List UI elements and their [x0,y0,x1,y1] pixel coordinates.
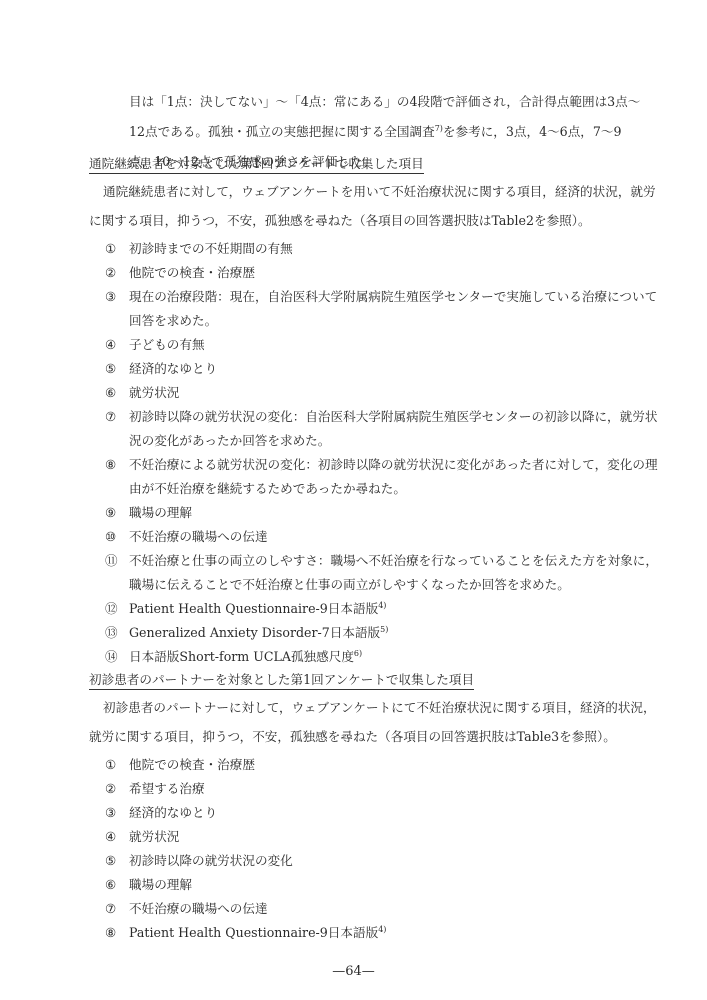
item-number: ⑩ [105,529,129,545]
page-number: —64— [0,964,707,979]
list-item: ⑥職場の理解 [105,877,192,893]
item-text: 不妊治療の職場への伝達 [129,901,268,917]
item-number: ⑫ [105,601,129,617]
list-item: ④就労状況 [105,829,179,845]
item-text: 初診時までの不妊期間の有無 [129,241,293,257]
list-item: ⑧Patient Health Questionnaire-9日本語版4) [105,925,386,941]
item-number: ② [105,265,129,281]
section1-para-line-2: に関する項目，抑うつ，不安，孤独感を尋ねた（各項目の回答選択肢はTable2を参… [89,213,591,229]
item-number: ⑤ [105,361,129,377]
list-item: ④子どもの有無 [105,337,205,353]
item-number: ⑥ [105,385,129,401]
item-continuation: 回答を求めた。 [129,313,217,329]
list-item: ⑤経済的なゆとり [105,361,217,377]
item-text: 日本語版Short-form UCLA孤独感尺度 [129,649,354,665]
intro-line-1: 目は「1点：決してない」～「4点：常にある」の4段階で評価され，合計得点範囲は3… [129,94,640,110]
item-number: ⑦ [105,409,129,425]
list-item: ③経済的なゆとり [105,805,217,821]
item-text: 子どもの有無 [129,337,205,353]
reference-superscript: 4) [378,925,386,934]
item-text: 不妊治療と仕事の両立のしやすさ：職場へ不妊治療を行なっていることを伝えた方を対象… [129,553,658,569]
item-number: ⑤ [105,853,129,869]
item-continuation: 由が不妊治療を継続するためであったか尋ねた。 [129,481,406,497]
item-text: 職場の理解 [129,877,192,893]
intro-line-2-text: 12点である。孤独・孤立の実態把握に関する全国調査 [129,124,435,139]
list-item: ⑦不妊治療の職場への伝達 [105,901,268,917]
item-number: ⑬ [105,625,129,641]
list-item: ⑥就労状況 [105,385,179,401]
item-number: ③ [105,289,129,305]
item-text: Patient Health Questionnaire-9日本語版 [129,925,378,941]
item-number: ⑨ [105,505,129,521]
intro-line-2-tail: を参考に，3点，4～6点，7～9 [443,124,622,139]
list-item: ⑧不妊治療による就労状況の変化：初診時以降の就労状況に変化があった者に対して，変… [105,457,658,473]
item-text: 初診時以降の就労状況の変化 [129,853,293,869]
list-item: ⑦初診時以降の就労状況の変化：自治医科大学附属病院生殖医学センターの初診以降に，… [105,409,657,425]
item-number: ④ [105,829,129,845]
item-number: ⑭ [105,649,129,665]
section2-para-line-1: 初診患者のパートナーに対して，ウェブアンケートにて不妊治療状況に関する項目，経済… [103,700,656,716]
list-item: ⑨職場の理解 [105,505,192,521]
list-item: ⑤初診時以降の就労状況の変化 [105,853,293,869]
list-item: ①初診時までの不妊期間の有無 [105,241,293,257]
item-continuation: 職場に伝えることで不妊治療と仕事の両立がしやすくなったか回答を求めた。 [129,577,570,593]
list-item: ②他院での検査・治療歴 [105,265,255,281]
item-text: 他院での検査・治療歴 [129,265,255,281]
section1-para-line-1: 通院継続患者に対して，ウェブアンケートを用いて不妊治療状況に関する項目，経済的状… [103,184,656,200]
list-item: ⑩不妊治療の職場への伝達 [105,529,268,545]
item-text: 就労状況 [129,385,179,401]
item-number: ⑧ [105,457,129,473]
list-item: ⑫Patient Health Questionnaire-9日本語版4) [105,601,386,617]
reference-superscript: 6) [354,649,362,658]
item-number: ② [105,781,129,797]
section-heading-partners: 初診患者のパートナーを対象とした第1回アンケートで収集した項目 [89,672,474,690]
item-text: 不妊治療の職場への伝達 [129,529,268,545]
list-item: ⑭日本語版Short-form UCLA孤独感尺度6) [105,649,362,665]
item-number: ④ [105,337,129,353]
list-item: ①他院での検査・治療歴 [105,757,255,773]
item-continuation: 況の変化があったか回答を求めた。 [129,433,330,449]
item-text: 希望する治療 [129,781,205,797]
item-text: Patient Health Questionnaire-9日本語版 [129,601,378,617]
list-item: ②希望する治療 [105,781,205,797]
item-text: Generalized Anxiety Disorder-7日本語版 [129,625,380,641]
list-item: ⑬Generalized Anxiety Disorder-7日本語版5) [105,625,388,641]
intro-line-2: 12点である。孤独・孤立の実態把握に関する全国調査7)を参考に，3点，4～6点，… [129,124,622,140]
document-page: 目は「1点：決してない」～「4点：常にある」の4段階で評価され，合計得点範囲は3… [0,0,707,1000]
list-item: ⑪不妊治療と仕事の両立のしやすさ：職場へ不妊治療を行なっていることを伝えた方を対… [105,553,658,569]
item-number: ⑧ [105,925,129,941]
reference-superscript: 7) [435,124,443,133]
list-item: ③現在の治療段階：現在，自治医科大学附属病院生殖医学センターで実施している治療に… [105,289,657,305]
item-number: ⑥ [105,877,129,893]
item-number: ① [105,757,129,773]
item-text: 職場の理解 [129,505,192,521]
item-text: 初診時以降の就労状況の変化：自治医科大学附属病院生殖医学センターの初診以降に，就… [129,409,657,425]
item-text: 現在の治療段階：現在，自治医科大学附属病院生殖医学センターで実施している治療につ… [129,289,657,305]
item-number: ⑪ [105,553,129,569]
reference-superscript: 5) [380,625,388,634]
section-heading-continuing-patients: 通院継続患者を対象とした第1回アンケートで収集した項目 [89,156,424,174]
item-number: ③ [105,805,129,821]
reference-superscript: 4) [378,601,386,610]
item-number: ① [105,241,129,257]
item-text: 経済的なゆとり [129,805,217,821]
item-text: 不妊治療による就労状況の変化：初診時以降の就労状況に変化があった者に対して，変化… [129,457,658,473]
section2-para-line-2: 就労に関する項目，抑うつ，不安，孤独感を尋ねた（各項目の回答選択肢はTable3… [89,729,616,745]
item-text: 経済的なゆとり [129,361,217,377]
item-text: 他院での検査・治療歴 [129,757,255,773]
item-text: 就労状況 [129,829,179,845]
item-number: ⑦ [105,901,129,917]
